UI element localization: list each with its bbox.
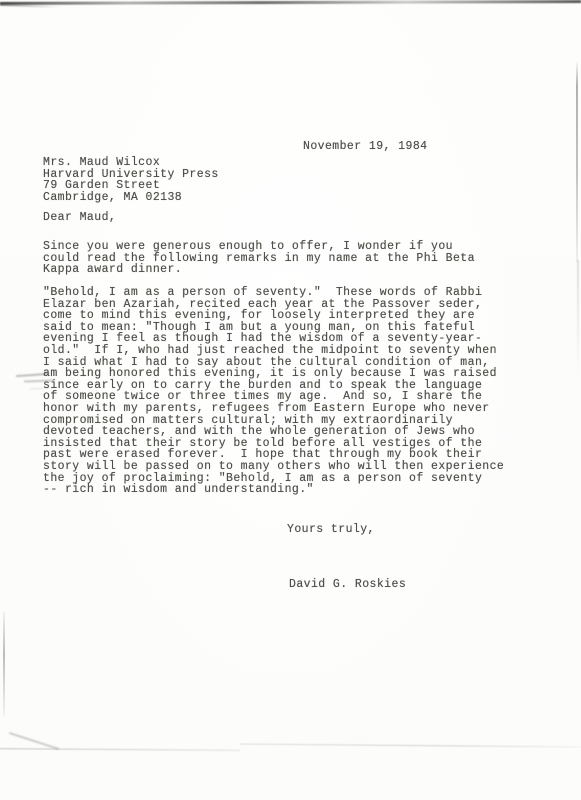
- scan-artifact-right-streak: [576, 62, 578, 262]
- address-line-city: Cambridge, MA 02138: [43, 192, 219, 204]
- scan-artifact-top-left-mark: [0, 4, 60, 8]
- scan-artifact-top-edge: [0, 0, 581, 5]
- scan-artifact-right-streak-lower: [577, 260, 579, 380]
- closing-phrase: Yours truly,: [287, 524, 375, 536]
- scan-artifact-bottom-left-mark: [9, 732, 59, 750]
- letter-date: November 19, 1984: [303, 141, 427, 153]
- scan-artifact-bottom-crease-right: [240, 744, 581, 748]
- scan-artifact-bottom-crease-left: [0, 748, 240, 751]
- address-line-name: Mrs. Maud Wilcox: [43, 157, 219, 169]
- scan-artifact-left-line: [3, 612, 5, 717]
- scanned-letter-page: November 19, 1984 Mrs. Maud Wilcox Harva…: [0, 0, 581, 800]
- salutation: Dear Maud,: [43, 212, 116, 224]
- signature-name: David G. Roskies: [289, 579, 406, 591]
- recipient-address: Mrs. Maud Wilcox Harvard University Pres…: [43, 157, 219, 203]
- body-paragraph-2: "Behold, I am as a person of seventy." T…: [43, 287, 504, 496]
- body-paragraph-1: Since you were generous enough to offer,…: [43, 241, 475, 276]
